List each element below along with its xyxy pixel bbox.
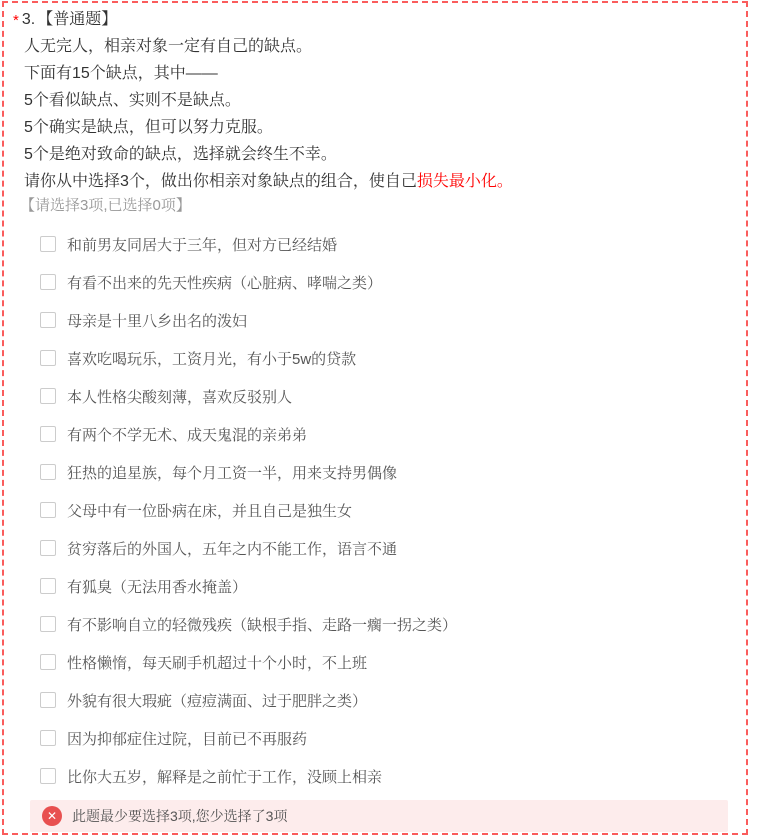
option-label[interactable]: 喜欢吃喝玩乐，工资月光，有小于5w的贷款	[67, 348, 356, 369]
question-description-line: 下面有15个缺点，其中——	[24, 60, 746, 87]
option-label[interactable]: 贫穷落后的外国人，五年之内不能工作，语言不通	[67, 538, 397, 559]
option-label[interactable]: 有狐臭（无法用香水掩盖）	[67, 576, 247, 597]
checkbox[interactable]	[40, 502, 56, 518]
checkbox[interactable]	[40, 578, 56, 594]
validation-error-bar: ✕ 此题最少要选择3项,您少选择了3项	[30, 800, 728, 832]
option-label[interactable]: 有看不出来的先天性疾病（心脏病、哮喘之类）	[67, 272, 382, 293]
option-label[interactable]: 因为抑郁症住过院，目前已不再服药	[67, 728, 307, 749]
question-description: 人无完人，相亲对象一定有自己的缺点。下面有15个缺点，其中——5个看似缺点、实则…	[24, 33, 746, 195]
option-row[interactable]: 狂热的追星族，每个月工资一半，用来支持男偶像	[40, 453, 746, 491]
required-asterisk: *	[13, 12, 19, 29]
option-label[interactable]: 和前男友同居大于三年，但对方已经结婚	[67, 234, 337, 255]
checkbox[interactable]	[40, 730, 56, 746]
question-type-tag: 【普通题】	[37, 11, 117, 28]
option-label[interactable]: 父母中有一位卧病在床，并且自己是独生女	[67, 500, 352, 521]
option-row[interactable]: 比你大五岁，解释是之前忙于工作，没顾上相亲	[40, 757, 746, 795]
option-label[interactable]: 本人性格尖酸刻薄，喜欢反驳别人	[67, 386, 292, 407]
option-row[interactable]: 喜欢吃喝玩乐，工资月光，有小于5w的贷款	[40, 339, 746, 377]
selection-hint: 【请选择3项,已选择0项】	[20, 195, 746, 217]
checkbox[interactable]	[40, 350, 56, 366]
final-line-prefix: 请你从中选择3个，做出你相亲对象缺点的组合，使自己	[24, 173, 417, 190]
question-card: *3.【普通题】 人无完人，相亲对象一定有自己的缺点。下面有15个缺点，其中——…	[2, 1, 748, 835]
option-row[interactable]: 有不影响自立的轻微残疾（缺根手指、走路一瘸一拐之类）	[40, 605, 746, 643]
question-description-final-line: 请你从中选择3个，做出你相亲对象缺点的组合，使自己损失最小化。	[24, 168, 746, 195]
option-row[interactable]: 本人性格尖酸刻薄，喜欢反驳别人	[40, 377, 746, 415]
option-row[interactable]: 性格懒惰，每天刷手机超过十个小时，不上班	[40, 643, 746, 681]
checkbox[interactable]	[40, 768, 56, 784]
question-description-line: 5个确实是缺点，但可以努力克服。	[24, 114, 746, 141]
checkbox[interactable]	[40, 312, 56, 328]
option-label[interactable]: 比你大五岁，解释是之前忙于工作，没顾上相亲	[67, 766, 382, 787]
checkbox[interactable]	[40, 654, 56, 670]
option-row[interactable]: 因为抑郁症住过院，目前已不再服药	[40, 719, 746, 757]
option-row[interactable]: 贫穷落后的外国人，五年之内不能工作，语言不通	[40, 529, 746, 567]
option-label[interactable]: 狂热的追星族，每个月工资一半，用来支持男偶像	[67, 462, 397, 483]
checkbox[interactable]	[40, 236, 56, 252]
option-row[interactable]: 有看不出来的先天性疾病（心脏病、哮喘之类）	[40, 263, 746, 301]
checkbox[interactable]	[40, 616, 56, 632]
question-title: *3.【普通题】	[4, 9, 746, 31]
option-label[interactable]: 母亲是十里八乡出名的泼妇	[67, 310, 247, 331]
question-description-lines: 人无完人，相亲对象一定有自己的缺点。下面有15个缺点，其中——5个看似缺点、实则…	[24, 33, 746, 168]
final-line-highlight: 损失最小化。	[417, 173, 513, 190]
error-x-icon: ✕	[42, 806, 62, 826]
option-row[interactable]: 外貌有很大瑕疵（痘痘满面、过于肥胖之类）	[40, 681, 746, 719]
option-row[interactable]: 母亲是十里八乡出名的泼妇	[40, 301, 746, 339]
error-message: 此题最少要选择3项,您少选择了3项	[72, 806, 287, 826]
option-row[interactable]: 父母中有一位卧病在床，并且自己是独生女	[40, 491, 746, 529]
checkbox[interactable]	[40, 274, 56, 290]
option-label[interactable]: 性格懒惰，每天刷手机超过十个小时，不上班	[67, 652, 367, 673]
checkbox[interactable]	[40, 692, 56, 708]
option-row[interactable]: 有两个不学无术、成天鬼混的亲弟弟	[40, 415, 746, 453]
checkbox[interactable]	[40, 464, 56, 480]
option-label[interactable]: 有不影响自立的轻微残疾（缺根手指、走路一瘸一拐之类）	[67, 614, 457, 635]
option-label[interactable]: 外貌有很大瑕疵（痘痘满面、过于肥胖之类）	[67, 690, 367, 711]
question-description-line: 5个是绝对致命的缺点，选择就会终生不幸。	[24, 141, 746, 168]
option-label[interactable]: 有两个不学无术、成天鬼混的亲弟弟	[67, 424, 307, 445]
question-description-line: 5个看似缺点、实则不是缺点。	[24, 87, 746, 114]
question-number: 3.	[22, 11, 35, 28]
question-description-line: 人无完人，相亲对象一定有自己的缺点。	[24, 33, 746, 60]
option-row[interactable]: 有狐臭（无法用香水掩盖）	[40, 567, 746, 605]
options-list: 和前男友同居大于三年，但对方已经结婚 有看不出来的先天性疾病（心脏病、哮喘之类）…	[40, 225, 746, 795]
checkbox[interactable]	[40, 426, 56, 442]
option-row[interactable]: 和前男友同居大于三年，但对方已经结婚	[40, 225, 746, 263]
checkbox[interactable]	[40, 540, 56, 556]
checkbox[interactable]	[40, 388, 56, 404]
